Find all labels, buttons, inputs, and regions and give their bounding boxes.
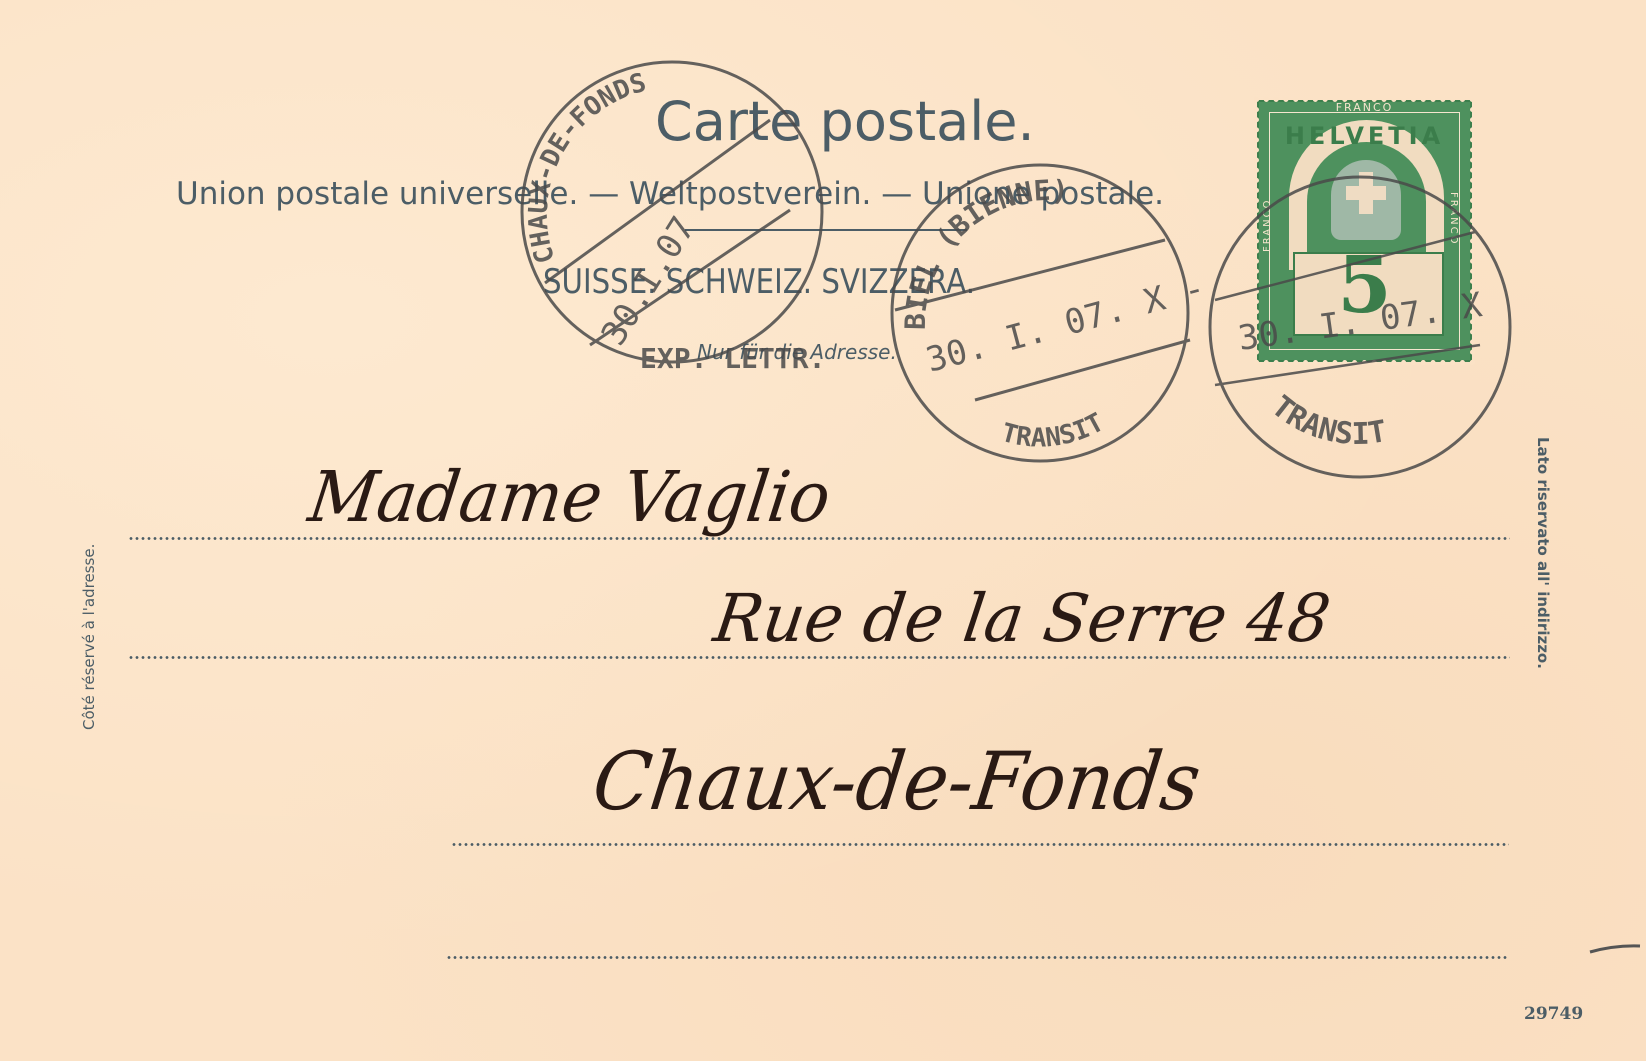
postmark-biel-transit: BIEL (BIENNE) 30. I. 07. X - TRANSIT	[892, 165, 1209, 461]
svg-text:CHAUX-DE-FONDS: CHAUX-DE-FONDS	[524, 68, 650, 267]
svg-text:TRANSIT: TRANSIT	[1265, 389, 1389, 452]
svg-text:EXP. LETTR.: EXP. LETTR.	[640, 342, 825, 375]
postcard: Carte postale. Union postale universelle…	[0, 0, 1646, 1061]
postmark-transit: 30. I. 07. X TRANSIT	[1210, 177, 1510, 477]
serial-number: 29749	[1524, 1004, 1583, 1024]
postmark-chaux-de-fonds: CHAUX-DE-FONDS 30.I.07 EXP. LETTR.	[522, 62, 825, 375]
postmarks-layer: CHAUX-DE-FONDS 30.I.07 EXP. LETTR. BIEL …	[0, 0, 1646, 1061]
pencil-mark	[1590, 946, 1640, 952]
svg-text:TRANSIT: TRANSIT	[998, 408, 1109, 454]
svg-text:30. I. 07. X -: 30. I. 07. X -	[922, 268, 1209, 381]
svg-text:BIEL (BIENNE): BIEL (BIENNE)	[899, 174, 1070, 331]
svg-text:30. I. 07. X: 30. I. 07. X	[1236, 285, 1485, 359]
